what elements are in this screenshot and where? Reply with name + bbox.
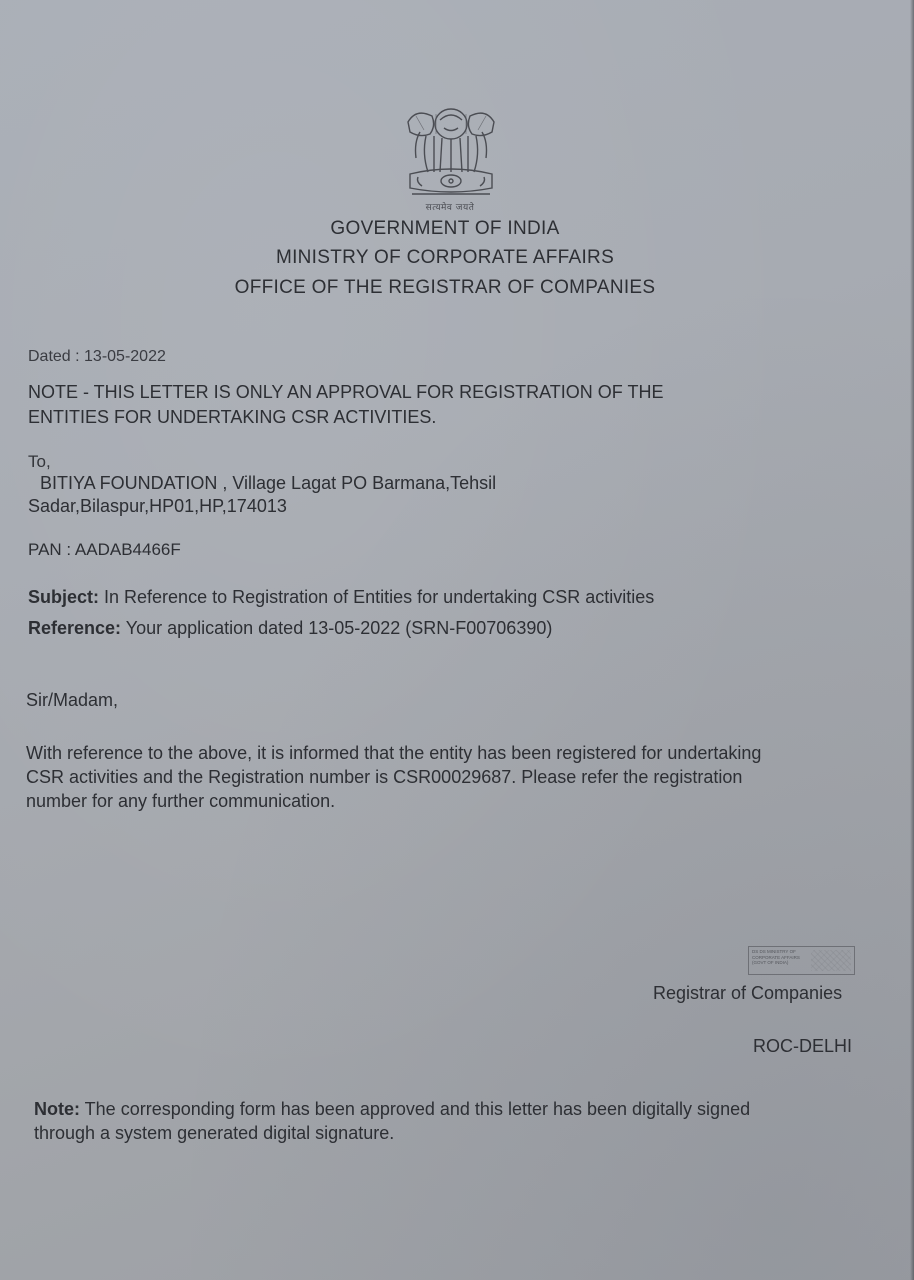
emblem-motto: सत्यमेव जयते <box>404 200 496 213</box>
recipient-address-line-1: BITIYA FOUNDATION , Village Lagat PO Bar… <box>40 473 496 494</box>
subject-line: Subject: In Reference to Registration of… <box>28 587 654 608</box>
digital-signature-stamp: DS DS MINISTRY OF CORPORATE AFFAIRS (GOV… <box>748 946 855 975</box>
reference-text: Your application dated 13-05-2022 (SRN-F… <box>121 618 552 638</box>
footer-note: Note: The corresponding form has been ap… <box>34 1097 750 1145</box>
body-line-1: With reference to the above, it is infor… <box>26 741 761 765</box>
pan-number: PAN : AADAB4466F <box>28 540 181 560</box>
letter-date: Dated : 13-05-2022 <box>28 348 166 366</box>
letterhead-office: OFFICE OF THE REGISTRAR OF COMPANIES <box>0 277 890 299</box>
letterhead-ministry: MINISTRY OF CORPORATE AFFAIRS <box>0 247 890 269</box>
letterhead-government: GOVERNMENT OF INDIA <box>0 218 890 240</box>
body-line-2: CSR activities and the Registration numb… <box>26 765 761 789</box>
subject-text: In Reference to Registration of Entities… <box>99 587 654 607</box>
approval-note-line-1: NOTE - THIS LETTER IS ONLY AN APPROVAL F… <box>28 380 663 405</box>
body-paragraph: With reference to the above, it is infor… <box>26 741 761 813</box>
reference-label: Reference: <box>28 618 121 638</box>
digital-signature-text: DS DS MINISTRY OF CORPORATE AFFAIRS (GOV… <box>749 947 808 974</box>
signatory-title: Registrar of Companies <box>653 983 842 1004</box>
reference-line: Reference: Your application dated 13-05-… <box>28 618 552 639</box>
approval-note-line-2: ENTITIES FOR UNDERTAKING CSR ACTIVITIES. <box>28 405 663 430</box>
subject-label: Subject: <box>28 587 99 607</box>
signature-verification-mark-icon <box>811 950 851 971</box>
salutation: Sir/Madam, <box>26 690 118 711</box>
recipient-address-line-2: Sadar,Bilaspur,HP01,HP,174013 <box>28 496 287 517</box>
body-line-3: number for any further communication. <box>26 789 761 813</box>
footer-note-line-2: through a system generated digital signa… <box>34 1121 750 1145</box>
footer-note-label: Note: <box>34 1099 80 1119</box>
paper-edge <box>910 0 914 1280</box>
approval-note: NOTE - THIS LETTER IS ONLY AN APPROVAL F… <box>28 380 663 430</box>
footer-note-line-1: Note: The corresponding form has been ap… <box>34 1097 750 1121</box>
footer-note-text-1: The corresponding form has been approved… <box>80 1099 750 1119</box>
national-emblem-icon <box>396 102 506 214</box>
recipient-to: To, <box>28 452 51 472</box>
signatory-office: ROC-DELHI <box>753 1036 852 1057</box>
